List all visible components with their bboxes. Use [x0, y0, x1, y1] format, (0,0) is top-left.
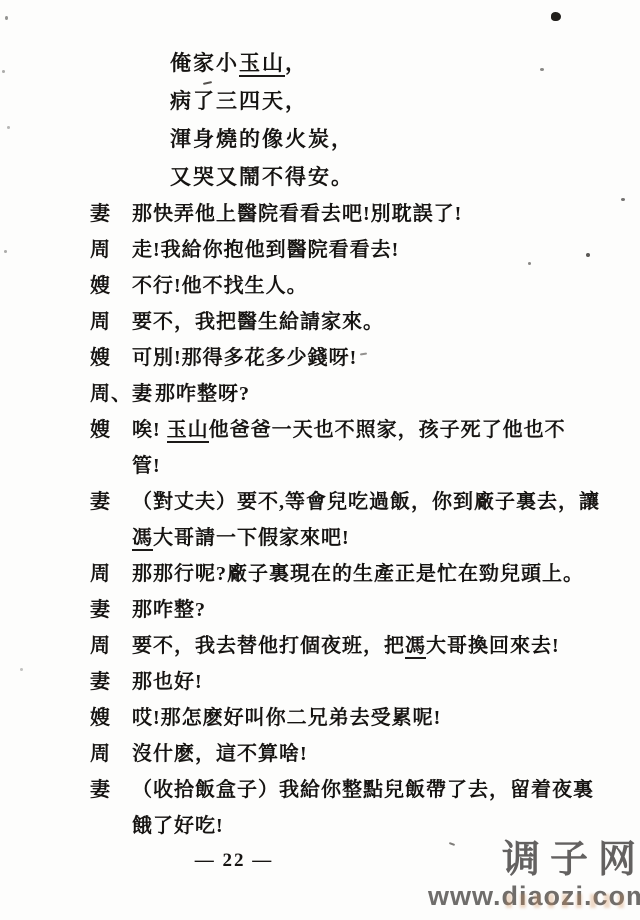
scan-speck: [7, 126, 10, 129]
dialogue-row: 嫂不行!他不找生人。: [90, 268, 604, 304]
dialogue-text: 哎!那怎麽好叫你二兄弟去受累呢!: [132, 700, 604, 736]
speaker-label: 周: [90, 304, 132, 340]
scan-speck: [540, 68, 544, 71]
text-segment: 病了三四天，: [170, 89, 308, 113]
dialogue-line: 走!我給你抱他到醫院看看去!: [132, 232, 604, 268]
dialogue-line: （對丈夫）要不,等會兒吃過飯，你到廠子裏去，讓: [132, 484, 604, 520]
speaker-label: 周: [90, 736, 132, 772]
text-segment: ，: [285, 51, 308, 75]
text-segment: 那那行呢?廠子裏現在的生產正是忙在勁兒頭上。: [132, 563, 584, 585]
text-segment: 餓了好吃!: [132, 815, 224, 837]
speaker-label: 嫂: [90, 340, 132, 376]
text-segment: 俺家小: [170, 51, 239, 75]
speaker-label: 妻: [90, 772, 132, 808]
dialogue-text: （收拾飯盒子）我給你整點兒飯帶了去，留着夜裏餓了好吃!: [132, 772, 604, 844]
scan-speck: [528, 262, 531, 265]
text-segment: 走!我給你抱他到醫院看看去!: [132, 239, 399, 261]
text-segment: 哎!那怎麽好叫你二兄弟去受累呢!: [132, 707, 441, 729]
dialogue-line: 要不，我去替他打個夜班，把馮大哥換回來去!: [132, 628, 604, 664]
verse-line: 又哭又鬧不得安。: [170, 158, 640, 196]
dialogue-row: 周要不，我去替他打個夜班，把馮大哥換回來去!: [90, 628, 604, 664]
speaker-label: 妻: [90, 592, 132, 628]
scan-speck: [551, 12, 561, 21]
dialogue-row: 妻（收拾飯盒子）我給你整點兒飯帶了去，留着夜裏餓了好吃!: [90, 772, 604, 844]
dialogue-text: 那咋整呀?: [155, 376, 604, 412]
scan-speck: [5, 16, 8, 20]
speaker-label: 妻: [90, 664, 132, 700]
dialogue-line: 可別!那得多花多少錢呀!: [132, 340, 604, 376]
watermark-site-name: 调子网: [428, 838, 640, 882]
dialogue-row: 妻（對丈夫）要不,等會兒吃過飯，你到廠子裏去，讓馮大哥請一下假家來吧!: [90, 484, 604, 556]
speaker-label: 妻: [90, 484, 132, 520]
dialogue-text: 走!我給你抱他到醫院看看去!: [132, 232, 604, 268]
text-segment: （對丈夫）要不,等會兒吃過飯，你到廠子裏去，讓: [132, 491, 600, 513]
dialogue-row: 周走!我給你抱他到醫院看看去!: [90, 232, 604, 268]
speaker-label: 周、妻: [90, 376, 155, 412]
dialogue-block: 妻那快弄他上醫院看看去吧!別耽誤了!周走!我給你抱他到醫院看看去!嫂不行!他不找…: [90, 196, 604, 844]
text-segment: 不行!他不找生人。: [132, 275, 308, 297]
dialogue-text: 唉! 玉山他爸爸一天也不照家，孩子死了他也不管!: [132, 412, 604, 484]
dialogue-text: 沒什麽，這不算啥!: [132, 736, 604, 772]
text-segment: 那也好!: [132, 671, 203, 693]
underlined-proper-noun: 馮: [405, 635, 426, 659]
text-segment: 大哥換回來去!: [426, 635, 560, 657]
dialogue-text: 不行!他不找生人。: [132, 268, 604, 304]
page-number: — 22 —: [186, 850, 282, 872]
text-segment: 要不，我去替他打個夜班，把: [132, 635, 405, 657]
dialogue-line: 那咋整?: [132, 592, 604, 628]
scan-speck: [586, 253, 590, 257]
dialogue-text: 要不，我把醫生給請家來。: [132, 304, 604, 340]
text-segment: 大哥請一下假家來吧!: [153, 527, 350, 549]
dialogue-row: 妻那也好!: [90, 664, 604, 700]
dialogue-text: 那那行呢?廠子裏現在的生產正是忙在勁兒頭上。: [132, 556, 604, 592]
dialogue-text: 可別!那得多花多少錢呀!: [132, 340, 604, 376]
dialogue-row: 嫂哎!那怎麽好叫你二兄弟去受累呢!: [90, 700, 604, 736]
watermark: 调子网 www.diaozi.com: [428, 838, 640, 910]
underlined-proper-noun: 馮: [132, 527, 153, 551]
scan-speck: [621, 198, 625, 201]
text-segment: 管!: [132, 455, 161, 477]
dialogue-line: 哎!那怎麽好叫你二兄弟去受累呢!: [132, 700, 604, 736]
dialogue-row: 嫂唉! 玉山他爸爸一天也不照家，孩子死了他也不管!: [90, 412, 604, 484]
dialogue-line: 馮大哥請一下假家來吧!: [132, 520, 604, 556]
text-segment: 渾身燒的像火炭，: [170, 127, 354, 151]
text-segment: 那咋整呀?: [155, 383, 250, 405]
dialogue-text: （對丈夫）要不,等會兒吃過飯，你到廠子裏去，讓馮大哥請一下假家來吧!: [132, 484, 604, 556]
scan-speck: [20, 668, 23, 671]
verse-block: 俺家小玉山，病了三四天，渾身燒的像火炭，又哭又鬧不得安。: [0, 0, 640, 196]
text-segment: 可別!那得多花多少錢呀!: [132, 347, 357, 369]
script-page: 俺家小玉山，病了三四天，渾身燒的像火炭，又哭又鬧不得安。 妻那快弄他上醫院看看去…: [0, 0, 640, 920]
scan-speck: [2, 70, 5, 73]
verse-line: 渾身燒的像火炭，: [170, 120, 640, 158]
dialogue-row: 周沒什麽，這不算啥!: [90, 736, 604, 772]
speaker-label: 嫂: [90, 700, 132, 736]
dialogue-line: 沒什麽，這不算啥!: [132, 736, 604, 772]
dialogue-line: 管!: [132, 448, 604, 484]
dialogue-row: 妻那咋整?: [90, 592, 604, 628]
dialogue-text: 那咋整?: [132, 592, 604, 628]
dialogue-text: 那也好!: [132, 664, 604, 700]
speaker-label: 妻: [90, 196, 132, 232]
watermark-remnant-smudge: [506, 894, 626, 908]
underlined-proper-noun: 玉山: [167, 419, 209, 443]
dialogue-line: 要不，我把醫生給請家來。: [132, 304, 604, 340]
dialogue-text: 要不，我去替他打個夜班，把馮大哥換回來去!: [132, 628, 604, 664]
dialogue-line: 那咋整呀?: [155, 376, 604, 412]
dialogue-line: 唉! 玉山他爸爸一天也不照家，孩子死了他也不: [132, 412, 604, 448]
dialogue-row: 周、妻那咋整呀?: [90, 376, 604, 412]
dialogue-line: 那那行呢?廠子裏現在的生產正是忙在勁兒頭上。: [132, 556, 604, 592]
text-segment: （收拾飯盒子）我給你整點兒飯帶了去，留着夜裏: [132, 779, 594, 801]
speaker-label: 周: [90, 628, 132, 664]
text-segment: 唉!: [132, 419, 167, 441]
text-segment: 沒什麽，這不算啥!: [132, 743, 308, 765]
dialogue-row: 嫂可別!那得多花多少錢呀!: [90, 340, 604, 376]
text-segment: 又哭又鬧不得安。: [170, 165, 354, 189]
dialogue-text: 那快弄他上醫院看看去吧!別耽誤了!: [132, 196, 604, 232]
dialogue-line: 那也好!: [132, 664, 604, 700]
speaker-label: 嫂: [90, 268, 132, 304]
speaker-label: 周: [90, 556, 132, 592]
dialogue-row: 妻那快弄他上醫院看看去吧!別耽誤了!: [90, 196, 604, 232]
verse-line: 病了三四天，: [170, 82, 640, 120]
underlined-proper-noun: 玉山: [239, 51, 285, 77]
text-segment: 那快弄他上醫院看看去吧!別耽誤了!: [132, 203, 462, 225]
dialogue-line: 那快弄他上醫院看看去吧!別耽誤了!: [132, 196, 604, 232]
speaker-label: 周: [90, 232, 132, 268]
text-segment: 他爸爸一天也不照家，孩子死了他也不: [209, 419, 566, 441]
dialogue-line: （收拾飯盒子）我給你整點兒飯帶了去，留着夜裏: [132, 772, 604, 808]
text-segment: 那咋整?: [132, 599, 206, 621]
text-segment: 要不，我把醫生給請家來。: [132, 311, 384, 333]
speaker-label: 嫂: [90, 412, 132, 448]
scan-speck: [4, 250, 7, 253]
dialogue-row: 周要不，我把醫生給請家來。: [90, 304, 604, 340]
dialogue-row: 周那那行呢?廠子裏現在的生產正是忙在勁兒頭上。: [90, 556, 604, 592]
dialogue-line: 不行!他不找生人。: [132, 268, 604, 304]
verse-line: 俺家小玉山，: [170, 44, 640, 82]
